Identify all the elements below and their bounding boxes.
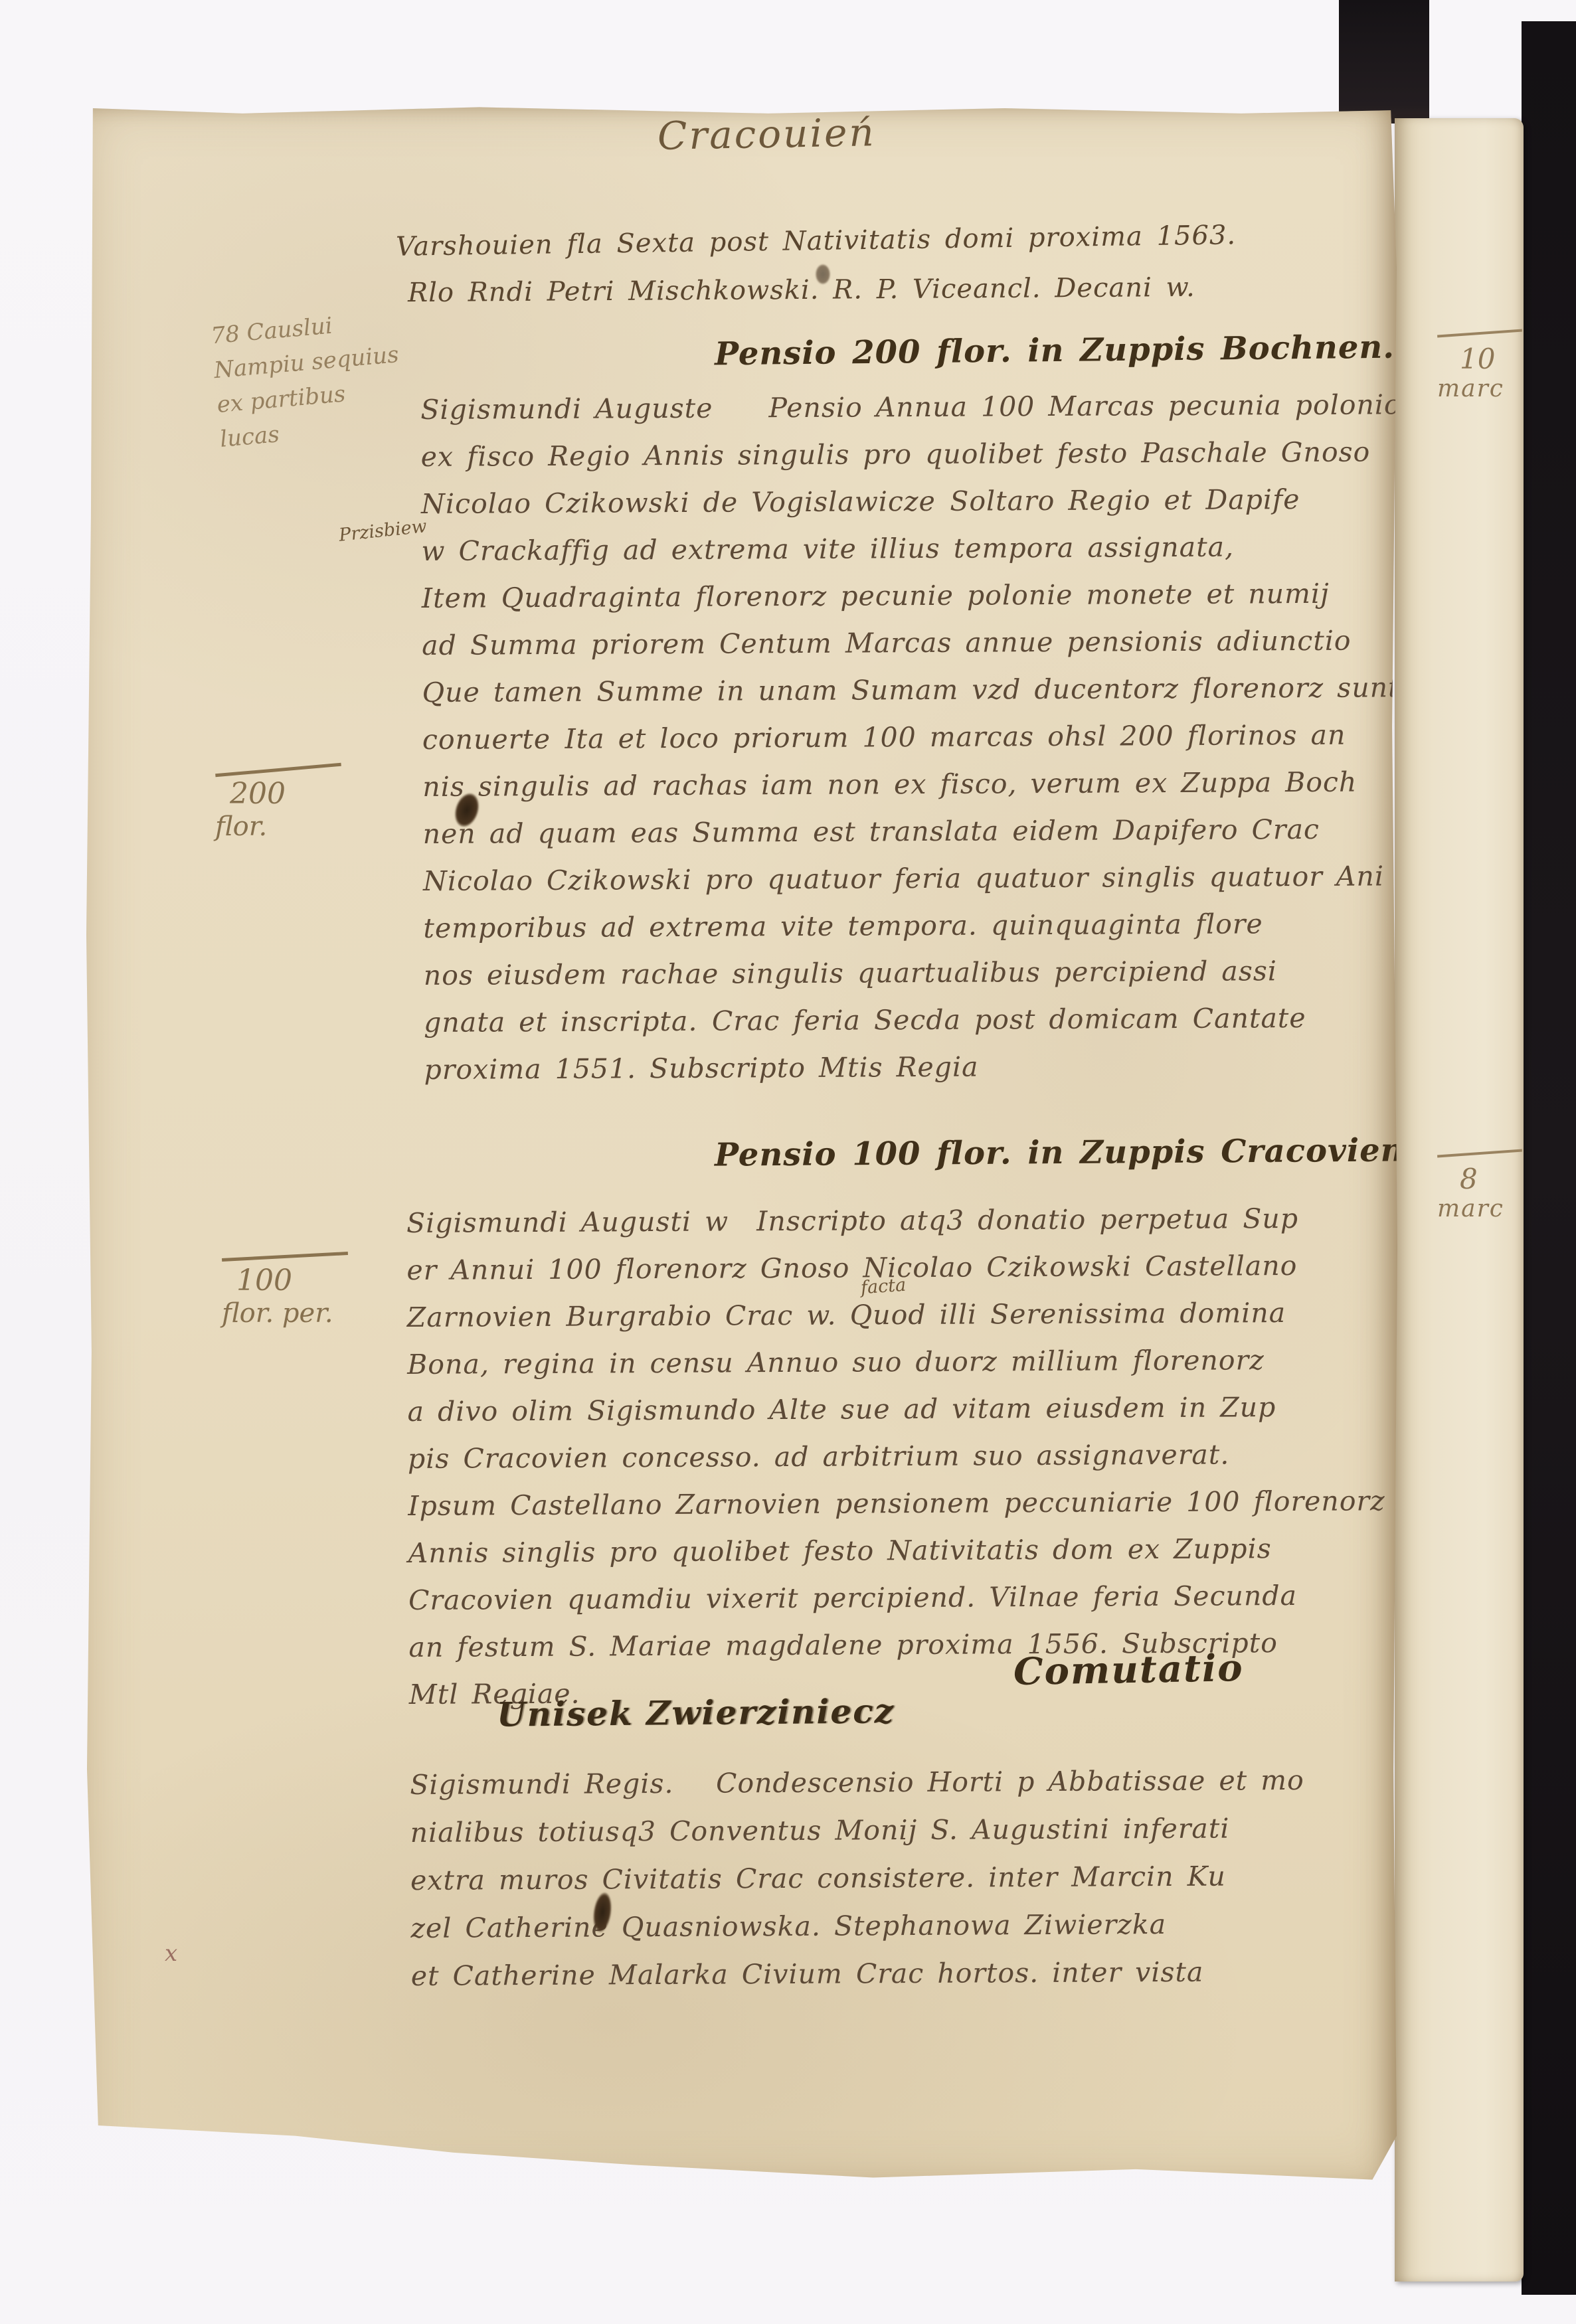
overline-rule (1437, 1149, 1522, 1158)
manuscript-line: proxima 1551. Subscripto Mtis Regia (424, 1048, 1433, 1101)
manuscript-line: Zarnovien Burgrabio Crac w. Quod illi Se… (407, 1296, 1417, 1349)
overline-rule (222, 1252, 348, 1262)
next-page-edge: 10 marc 8 marc (1395, 118, 1524, 2282)
manuscript-line: et Catherine Malarka Civium Crac hortos.… (411, 1947, 1421, 2000)
manuscript-line: Nicolao Czikowski pro quatuor feria quat… (423, 860, 1433, 912)
manuscript-page: Cracouień Varshouien fla Sexta post Nati… (85, 101, 1399, 2186)
manuscript-line: Bona, regina in censu Annuo suo duorz mi… (407, 1343, 1417, 1396)
interlinear-insertion: Przisbiew (338, 516, 428, 546)
section-heading: Pensio 100 flor. in Zuppis Cracovien. (715, 1131, 1417, 1173)
section-paragraph: Sigismundi Auguste Pensio Annua 100 Marc… (420, 388, 1434, 1101)
manuscript-line: nos eiusdem rachae singulis quartualibus… (424, 954, 1433, 1007)
overline-rule (215, 763, 341, 778)
section-paragraph: Sigismundi Augusti w Inscripto atq3 dona… (406, 1202, 1419, 1726)
section-heading-comutatio: Comutatio (1013, 1646, 1244, 1694)
manuscript-line: Annis singlis pro quolibet festo Nativit… (408, 1532, 1418, 1584)
edge-note-8-marc: 8 marc (1437, 1152, 1522, 1224)
manuscript-line: extra muros Civitatis Crac consistere. i… (410, 1851, 1420, 1904)
manuscript-line: ad Summa priorem Centum Marcas annue pen… (422, 624, 1431, 677)
margin-amount-value: 100 (222, 1265, 348, 1297)
margin-amount-value: 200 (215, 778, 341, 810)
bookmark-ribbon (1339, 0, 1429, 124)
ink-blot (816, 264, 830, 284)
manuscript-line: pis Cracovien concesso. ad arbitrium suo… (408, 1438, 1417, 1490)
page-title: Cracouień (657, 110, 876, 159)
edge-note-unit: marc (1437, 374, 1522, 404)
manuscript-line: er Annui 100 florenorz Gnoso Nicolao Czi… (406, 1249, 1416, 1301)
manuscript-line: conuerte Ita et loco priorum 100 marcas … (422, 718, 1432, 771)
manuscript-line: an festum S. Mariae magdalene proxima 15… (408, 1626, 1418, 1679)
intro-line: Varshouien fla Sexta post Nativitatis do… (396, 220, 1237, 262)
manuscript-line: Item Quadraginta florenorz pecunie polon… (422, 577, 1431, 629)
section-heading: Pensio 200 flor. in Zuppis Bochnen. (715, 329, 1395, 373)
manuscript-line: w Crackaffig ad extrema vite illius temp… (421, 530, 1431, 582)
manuscript-line: a divo olim Sigismundo Alte sue ad vitam… (407, 1390, 1417, 1443)
scanned-manuscript-photo: 10 marc 8 marc Cracouień Varshouien fla … (0, 0, 1576, 2324)
section-heading-unisek: Unisek Zwierziniecz (497, 1691, 895, 1734)
manuscript-line: zel Catherine Quasniowska. Stephanowa Zi… (410, 1899, 1420, 1952)
manuscript-line: gnata et inscripta. Crac feria Secda pos… (424, 1001, 1433, 1054)
margin-amount-unit: flor. per. (222, 1297, 348, 1330)
manuscript-line: Ipsum Castellano Zarnovien pensionem pec… (408, 1485, 1417, 1537)
manuscript-line: nialibus totiusq3 Conventus Monij S. Aug… (410, 1803, 1419, 1857)
manuscript-line: Nicolao Czikowski de Vogislawicze Soltar… (421, 483, 1431, 535)
manuscript-line: temporibus ad extrema vite tempora. quin… (423, 907, 1433, 959)
manuscript-line: Que tamen Summe in unam Sumam vzd ducent… (422, 671, 1431, 724)
edge-note-value: 10 (1437, 344, 1522, 374)
manuscript-line: Cracovien quamdiu vixerit percipiend. Vi… (408, 1579, 1418, 1631)
manuscript-line: Sigismundi Regis. Condescensio Horti p A… (410, 1756, 1419, 1809)
edge-note-unit: marc (1437, 1195, 1522, 1224)
intro-line: Rlo Rndi Petri Mischkowski. R. P. Vicean… (408, 272, 1195, 308)
margin-amount-unit: flor. (215, 810, 341, 843)
margin-check-mark: x (165, 1940, 177, 1967)
manuscript-line: ex fisco Regio Annis singulis pro quolib… (421, 436, 1431, 488)
overline-rule (1437, 329, 1522, 338)
margin-note-200-flor: 200 flor. (215, 768, 341, 843)
margin-annotation-block: 78 CausluiNampiu sequiusex partibuslucas (209, 303, 406, 457)
section-paragraph: Sigismundi Regis. Condescensio Horti p A… (410, 1756, 1421, 2000)
manuscript-line: nen ad quam eas Summa est translata eide… (423, 813, 1433, 865)
edge-note-10-marc: 10 marc (1437, 332, 1522, 404)
margin-note-100-flor: 100 flor. per. (222, 1255, 348, 1330)
manuscript-line: Sigismundi Auguste Pensio Annua 100 Marc… (420, 388, 1430, 441)
photo-background-band (1522, 21, 1576, 2295)
manuscript-line: Sigismundi Augusti w Inscripto atq3 dona… (406, 1202, 1416, 1254)
manuscript-line: nis singulis ad rachas iam non ex fisco,… (422, 766, 1432, 818)
edge-note-value: 8 (1437, 1164, 1522, 1195)
